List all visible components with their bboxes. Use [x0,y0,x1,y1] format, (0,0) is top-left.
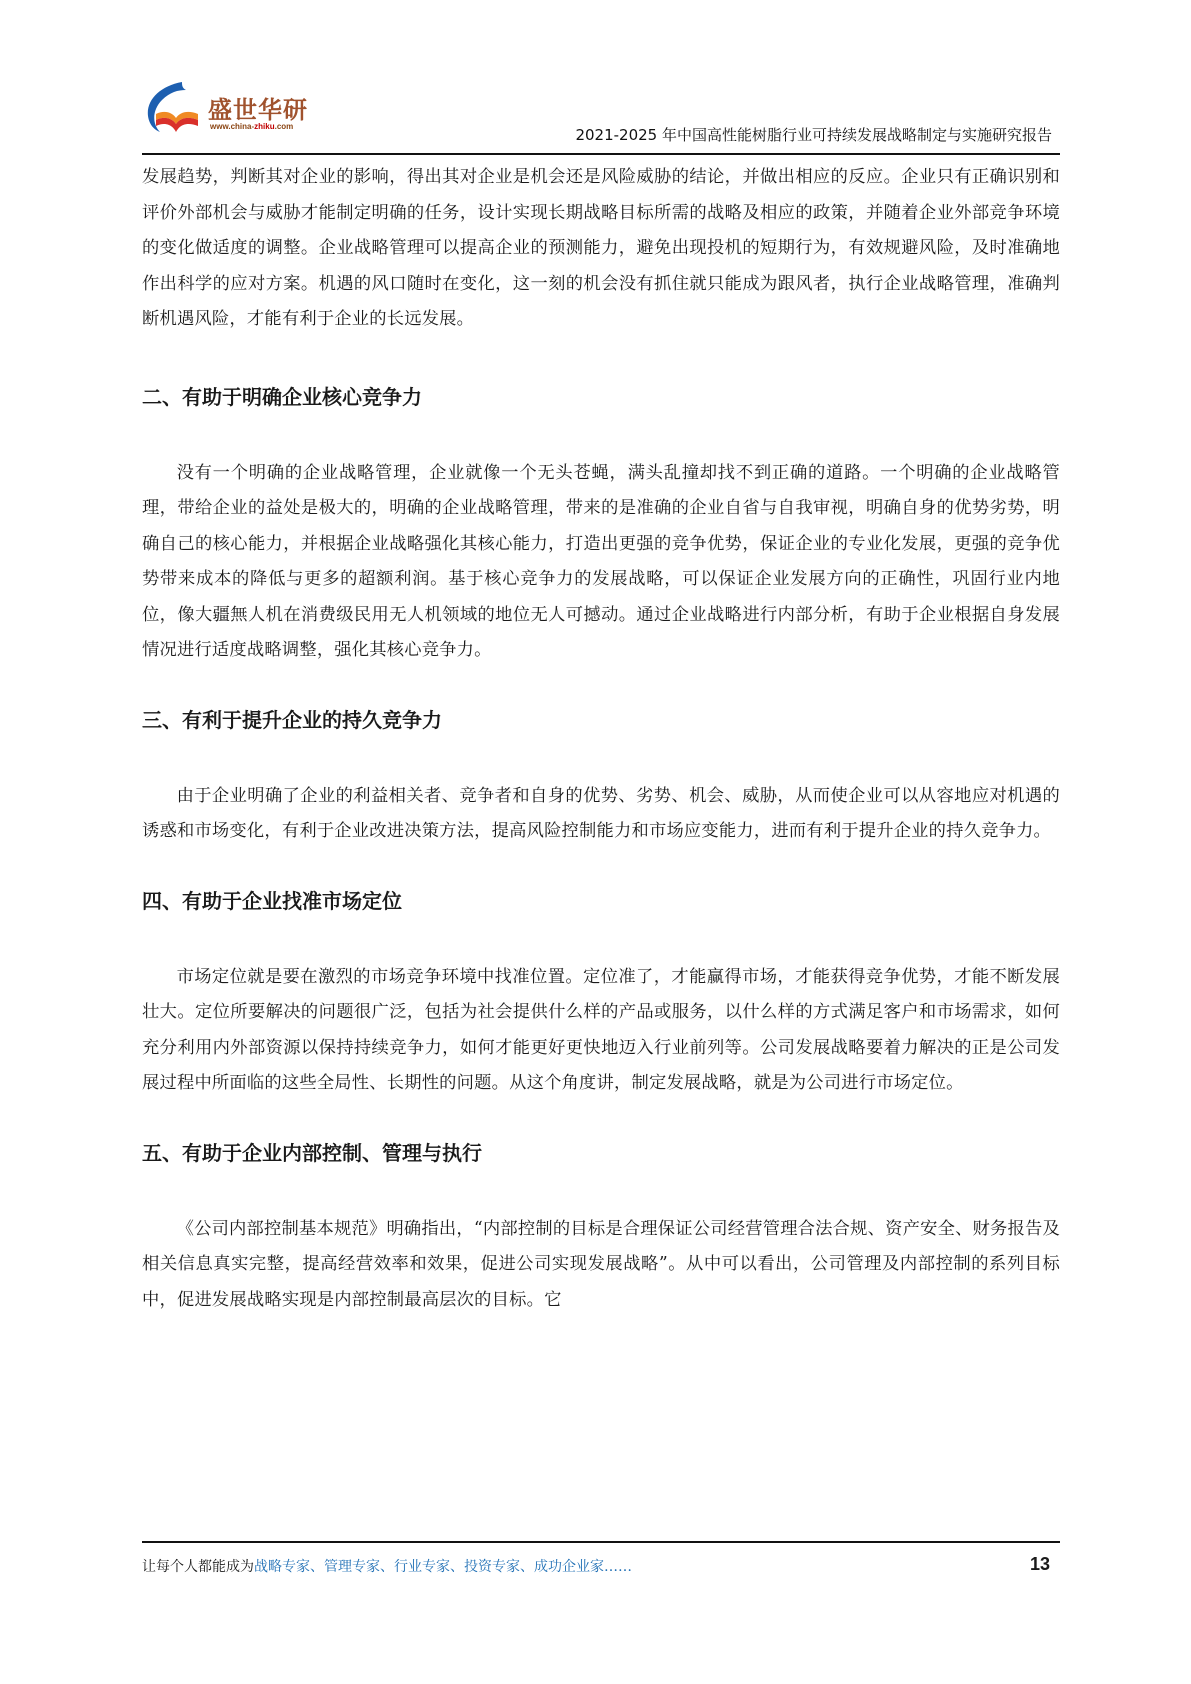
company-logo: 盛世华研 www.china-zhiku.com [142,78,342,138]
slogan-highlight: 战略专家、管理专家、行业专家、投资专家、成功企业家…… [254,1559,632,1575]
header-divider [142,153,1060,155]
footer-slogan: 让每个人都能成为战略专家、管理专家、行业专家、投资专家、成功企业家…… [142,1556,632,1576]
section-heading-2: 二、有助于明确企业核心竞争力 [142,382,1060,412]
section-paragraph-5: 《公司内部控制基本规范》明确指出，“内部控制的目标是合理保证公司经营管理合法合规… [142,1212,1060,1319]
section-heading-4: 四、有助于企业找准市场定位 [142,886,1060,916]
footer-divider [142,1541,1060,1543]
section-heading-5: 五、有助于企业内部控制、管理与执行 [142,1138,1060,1168]
page-body: 发展趋势，判断其对企业的影响，得出其对企业是机会还是风险威胁的结论，并做出相应的… [142,160,1060,1318]
section-paragraph-2: 没有一个明确的企业战略管理，企业就像一个无头苍蝇，满头乱撞却找不到正确的道路。一… [142,456,1060,669]
intro-paragraph: 发展趋势，判断其对企业的影响，得出其对企业是机会还是风险威胁的结论，并做出相应的… [142,160,1060,338]
report-title: 2021-2025 年中国高性能树脂行业可持续发展战略制定与实施研究报告 [575,124,1052,145]
logo-name: 盛世华研 [208,90,308,125]
page-number: 13 [1030,1554,1050,1575]
section-heading-3: 三、有利于提升企业的持久竞争力 [142,705,1060,735]
logo-book-icon [142,80,204,136]
section-paragraph-4: 市场定位就是要在激烈的市场竞争环境中找准位置。定位准了，才能赢得市场，才能获得竞… [142,960,1060,1102]
page-header: 盛世华研 www.china-zhiku.com 2021-2025 年中国高性… [142,78,1060,148]
section-paragraph-3: 由于企业明确了企业的利益相关者、竞争者和自身的优势、劣势、机会、威胁，从而使企业… [142,779,1060,850]
page-footer: 让每个人都能成为战略专家、管理专家、行业专家、投资专家、成功企业家…… 13 [142,1556,1060,1580]
logo-url: www.china-zhiku.com [210,122,293,131]
